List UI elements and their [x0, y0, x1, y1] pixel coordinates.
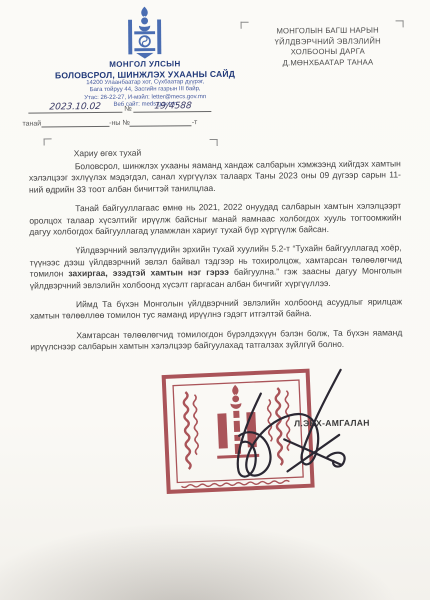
letter-body: Боловсрол, шинжлэх ухааны яаманд хандаж … [29, 158, 403, 361]
ref-prefix: танай [22, 121, 41, 128]
handwritten-number: 19/4588 [154, 101, 192, 111]
number-sign: № [124, 106, 132, 113]
document-content: МОНГОЛ УЛСЫН БОЛОВСРОЛ, ШИНЖЛЭХ УХААНЫ С… [0, 0, 430, 600]
paragraph-2: Танай байгууллагаас өмнө нь 2021, 2022 о… [29, 201, 401, 238]
subject-line: Хариу өгөх тухай [74, 148, 142, 159]
ref-blank [130, 125, 192, 127]
date-number-line: 2023.10.02 № 19/4588 [28, 101, 228, 114]
ref-suffix: -т [192, 119, 198, 126]
signature-icon [189, 365, 375, 492]
addressee-line: Д.МӨНХБААТАР ТАНАА [246, 57, 410, 69]
scanned-letter-page: МОНГОЛ УЛСЫН БОЛОВСРОЛ, ШИНЖЛЭХ УХААНЫ С… [0, 0, 430, 600]
corner-mark [44, 138, 52, 145]
paragraph-1: Боловсрол, шинжлэх ухааны яаманд хандаж … [29, 158, 401, 195]
ref-middle: -ны № [109, 120, 130, 127]
date-field: 2023.10.02 [28, 102, 122, 114]
handwritten-date: 2023.10.02 [49, 102, 101, 112]
paragraph-3-bold: захиргаа, эзэдтэй хамтын нэг гэрээ [68, 267, 229, 278]
ref-blank [41, 126, 109, 128]
paragraph-5: Хамтарсан төлөөлөгчид томилогдон бүрэлдэ… [30, 327, 402, 353]
corner-mark [210, 139, 218, 146]
paragraph-3: Үйлдвэрчний эвлэлүүдийн эрхийн тухай хуу… [30, 243, 402, 292]
addressee-block: МОНГОЛЫН БАГШ НАРЫН ҮЙЛДВЭРЧНИЙ ЭВЛЭЛИЙН… [246, 25, 410, 69]
paragraph-4: Иймд Та бүхэн Монголын үйлдвэрчний эвлэл… [30, 296, 402, 322]
number-field: 19/4588 [134, 101, 212, 113]
reference-line: танай-ны №-т [22, 119, 242, 128]
letterhead: МОНГОЛ УЛСЫН БОЛОВСРОЛ, ШИНЖЛЭХ УХААНЫ С… [14, 58, 276, 80]
soyombo-emblem-icon [124, 6, 164, 58]
